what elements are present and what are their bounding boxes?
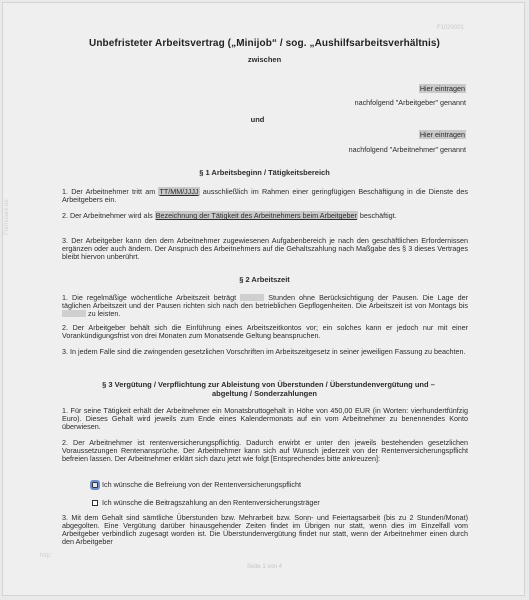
section-2-heading: § 2 Arbeitszeit [0,276,529,284]
exemption-checkbox[interactable] [92,482,98,488]
option-exemption[interactable]: Ich wünsche die Befreiung von der Renten… [92,481,301,489]
section-3-paragraph-2: 2. Der Arbeitnehmer ist rentenversicheru… [62,439,468,463]
section-2-paragraph-2: 2. Der Arbeitgeber behält sich die Einfü… [62,324,468,340]
contribution-checkbox[interactable] [92,500,98,506]
weekly-hours-field[interactable] [240,294,264,301]
section-3-heading-line-2: abgeltung / Sonderzahlungen [0,390,529,398]
section-1-heading: § 1 Arbeitsbeginn / Tätigkeitsbereich [0,169,529,177]
document-page: Formulare.de F1020001 Unbefristeter Arbe… [0,0,529,600]
employee-field[interactable]: Hier eintragen [419,131,466,139]
section-2-paragraph-1: 1. Die regelmäßige wöchentliche Arbeitsz… [62,294,468,318]
workday-end-field[interactable] [62,310,86,317]
watermark: Formulare.de [3,199,11,235]
section-1-paragraph-1: 1. Der Arbeitnehmer tritt am TT/MM/JJJJ … [62,188,468,204]
text: zu leisten. [86,309,120,318]
section-3-heading-line-1: § 3 Vergütung / Verpflichtung zur Ableis… [4,381,529,389]
option-contribution[interactable]: Ich wünsche die Beitragszahlung an den R… [92,499,320,507]
employer-placeholder[interactable]: Hier eintragen [419,84,466,93]
employee-label: nachfolgend "Arbeitnehmer" genannt [349,146,466,154]
text: 2. Der Arbeitnehmer wird als [62,211,155,220]
and-label: und [0,116,522,124]
between-label: zwischen [0,56,529,64]
section-1-paragraph-3: 3. Der Arbeitgeber kann den dem Arbeitne… [62,237,468,261]
document-title: Unbefristeter Arbeitsvertrag („Minijob“ … [0,40,529,48]
contribution-label: Ich wünsche die Beitragszahlung an den R… [102,499,320,507]
section-3-paragraph-3: 3. Mit dem Gehalt sind sämtliche Überstu… [62,514,468,546]
section-2-paragraph-3: 3. In jedem Falle sind die zwingenden ge… [62,348,468,356]
section-1-paragraph-2: 2. Der Arbeitnehmer wird als Bezeichnung… [62,212,468,220]
employer-label: nachfolgend "Arbeitgeber" genannt [355,99,466,107]
start-date-field[interactable]: TT/MM/JJJJ [158,187,199,196]
document-code: F1020001 [437,24,464,32]
job-title-field[interactable]: Bezeichnung der Tätigkeit des Arbeitnehm… [155,211,358,220]
employer-field[interactable]: Hier eintragen [419,85,466,93]
http-fragment: http: [40,552,52,560]
page-footer: Seite 1 von 4 [0,563,529,571]
exemption-label: Ich wünsche die Befreiung von der Renten… [102,481,301,489]
employee-placeholder[interactable]: Hier eintragen [419,130,466,139]
section-3-paragraph-1: 1. Für seine Tätigkeit erhält der Arbeit… [62,407,468,431]
text: beschäftigt. [358,211,397,220]
